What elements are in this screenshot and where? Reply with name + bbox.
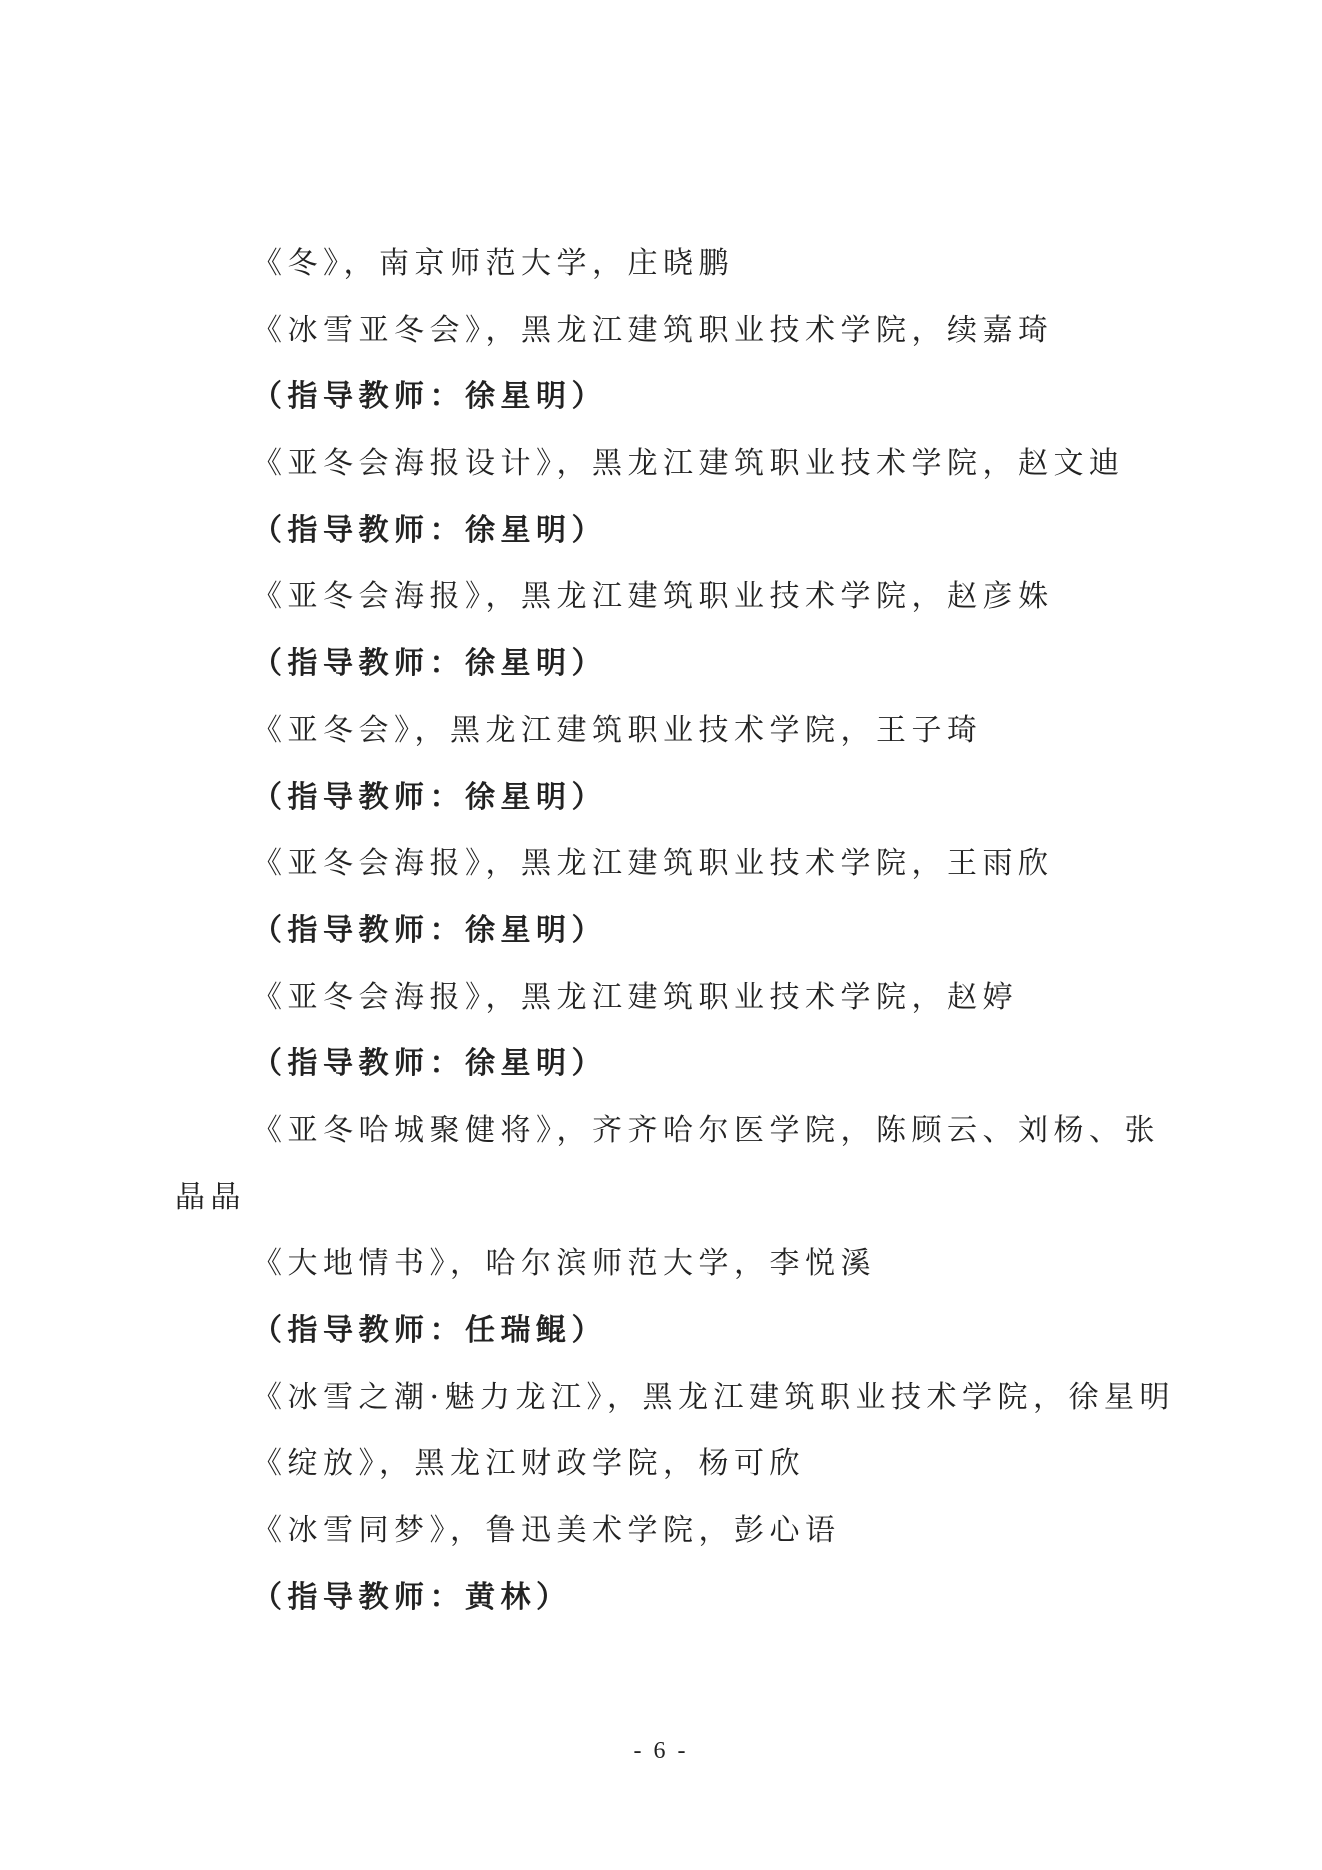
entry-line: 《冰雪同梦》，鲁迅美术学院，彭心语 <box>175 1498 1175 1565</box>
entry-line: 《冬》，南京师范大学，庄晓鹏 <box>175 231 1175 298</box>
entry-line: 《大地情书》，哈尔滨师范大学，李悦溪 <box>175 1231 1175 1298</box>
entry-line: 《亚冬会海报》，黑龙江建筑职业技术学院，王雨欣 <box>175 831 1175 898</box>
advisor-line: （指导教师：徐星明） <box>175 364 1175 431</box>
advisor-line: （指导教师：徐星明） <box>175 765 1175 832</box>
advisor-line: （指导教师：任瑞鲲） <box>175 1298 1175 1365</box>
entry-line: 《绽放》，黑龙江财政学院，杨可欣 <box>175 1431 1175 1498</box>
advisor-line: （指导教师：徐星明） <box>175 631 1175 698</box>
entry-line: 《亚冬会海报》，黑龙江建筑职业技术学院，赵婷 <box>175 965 1175 1032</box>
advisor-line: （指导教师：徐星明） <box>175 898 1175 965</box>
entry-list: 《冬》，南京师范大学，庄晓鹏 《冰雪亚冬会》，黑龙江建筑职业技术学院，续嘉琦 （… <box>175 231 1175 1631</box>
entry-line: 《冰雪亚冬会》，黑龙江建筑职业技术学院，续嘉琦 <box>175 298 1175 365</box>
advisor-line: （指导教师：徐星明） <box>175 1031 1175 1098</box>
entry-line: 《亚冬会》，黑龙江建筑职业技术学院，王子琦 <box>175 698 1175 765</box>
entry-line: 《亚冬哈城聚健将》，齐齐哈尔医学院，陈顾云、刘杨、张 <box>175 1098 1175 1165</box>
entry-continuation-line: 晶晶 <box>175 1165 1175 1232</box>
advisor-line: （指导教师：徐星明） <box>175 498 1175 565</box>
entry-line: 《亚冬会海报》，黑龙江建筑职业技术学院，赵彦姝 <box>175 564 1175 631</box>
entry-line: 《亚冬会海报设计》，黑龙江建筑职业技术学院，赵文迪 <box>175 431 1175 498</box>
page-number: - 6 - <box>0 1738 1322 1765</box>
entry-line: 《冰雪之潮·魅力龙江》，黑龙江建筑职业技术学院，徐星明 <box>175 1365 1175 1432</box>
advisor-line: （指导教师：黄林） <box>175 1565 1175 1632</box>
document-page: 《冬》，南京师范大学，庄晓鹏 《冰雪亚冬会》，黑龙江建筑职业技术学院，续嘉琦 （… <box>0 0 1322 1870</box>
